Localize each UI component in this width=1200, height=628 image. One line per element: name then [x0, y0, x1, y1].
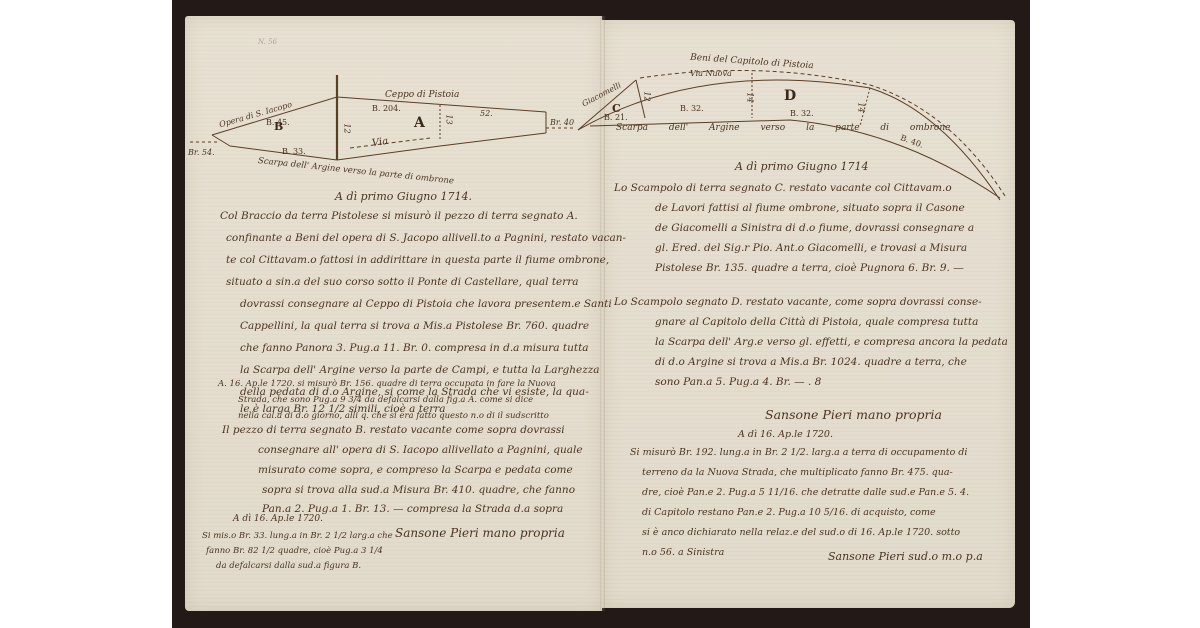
map-label-d12-right: 12 [643, 91, 652, 101]
text-line: dre, cioè Pan.e 2. Pug.a 5 11/16. che de… [642, 486, 969, 499]
map-label-scarpa-right: Scarpa dell' Argine verso la parte di om… [616, 123, 950, 133]
text-line: de Giacomelli a Sinistra di d.o fiume, d… [655, 222, 974, 235]
text-line: gl. Ered. del Sig.r Pio. Ant.o Giacomell… [655, 242, 967, 255]
text-line: nella cal.a di d.o giorno, alli q. che s… [238, 410, 549, 423]
text-line: di Capitolo restano Pan.e 2. Pug.a 10 5/… [642, 506, 936, 519]
text-line: si è anco dichiarato nella relaz.e del s… [642, 526, 960, 539]
left-date-heading: A dì primo Giugno 1714. [335, 190, 472, 203]
map-label-br54: Br. 54. [188, 148, 215, 157]
map-piece-d: D [784, 88, 796, 104]
text-line: la Scarpa dell' Arg.e verso gl. effetti,… [655, 336, 1008, 349]
note-date: A dì 16. Ap.le 1720. [233, 513, 323, 526]
map-label-b52: 52. [480, 109, 493, 118]
text-line: te col Cittavam.o fattosi in addirittare… [226, 254, 609, 267]
text-line: la Scarpa dell' Argine verso la parte de… [240, 364, 600, 377]
text-line: terreno da la Nuova Strada, che multipli… [642, 466, 953, 479]
signature-left: Sansone Pieri mano propria [395, 527, 565, 540]
map-label-b33: B. 33. [282, 147, 306, 156]
map-label-d13: 13 [445, 114, 454, 124]
text-line: Cappellini, la qual terra si trova a Mis… [240, 320, 589, 333]
corner-mark: N. 56 [258, 38, 277, 46]
text-line: n.o 56. a Sinistra [642, 546, 724, 559]
text-line: sopra si trova alla sud.a Misura Br. 410… [262, 484, 575, 497]
text-line: consegnare all' opera di S. Iacopo alliv… [258, 444, 583, 457]
text-line: misurato come sopra, e compreso la Scarp… [258, 464, 573, 477]
text-line: confinante a Beni del opera di S. Jacopo… [226, 232, 626, 245]
map-piece-a: A [414, 115, 425, 131]
signature-right-1: Sansone Pieri mano propria [765, 408, 942, 421]
text-line: Col Braccio da terra Pistolese si misurò… [220, 210, 578, 223]
right-note-date: A dì 16. Ap.le 1720. [738, 428, 833, 441]
right-date-heading: A dì primo Giugno 1714 [735, 160, 869, 173]
text-line: Il pezzo di terra segnato B. restato vac… [222, 424, 565, 437]
map-label-b21: B. 21. [604, 113, 628, 122]
text-line: Si misurò Br. 192. lung.a in Br. 2 1/2. … [630, 446, 967, 459]
map-label-via-nuova: Via Nuova [690, 69, 732, 78]
map-label-d12: 12 [343, 123, 352, 133]
map-label-via: Via [371, 136, 389, 149]
text-line: che fanno Panora 3. Pug.a 11. Br. 0. com… [240, 342, 589, 355]
text-line: de Lavori fattisi al fiume ombrone, situ… [655, 202, 965, 215]
text-line: dovrassi consegnare al Ceppo di Pistoia … [240, 298, 612, 311]
text-line: di d.o Argine si trova a Mis.a Br. 1024.… [655, 356, 967, 369]
text-line: situato a sin.a del suo corso sotto il P… [226, 276, 579, 289]
signature-right-2: Sansone Pieri sud.o m.o p.a [828, 550, 983, 563]
map-label-br40: Br. 40 [550, 118, 574, 127]
text-line: fanno Br. 82 1/2 quadre, cioè Pug.a 3 1/… [206, 545, 383, 558]
map-label-b204: B. 204. [372, 104, 401, 113]
text-line: Lo Scampolo segnato D. restato vacante, … [614, 296, 982, 309]
map-label-d14b: 14 [857, 102, 866, 112]
map-label-ceppo: Ceppo di Pistoia [385, 90, 459, 100]
map-label-d14: 14 [746, 92, 755, 102]
text-line: A. 16. Ap.le 1720. si misurò Br. 156. qu… [218, 378, 556, 391]
text-line: gnare al Capitolo della Città di Pistoia… [655, 316, 978, 329]
text-line: Strada, che sono Pug.a 9 3/4 da defalcar… [238, 394, 533, 407]
map-piece-b: B [274, 120, 283, 133]
text-line: Si mis.o Br. 33. lung.a in Br. 2 1/2 lar… [202, 530, 393, 543]
text-line: sono Pan.a 5. Pug.a 4. Br. — . 8 [655, 376, 821, 389]
text-line: da defalcarsi dalla sud.a figura B. [216, 560, 361, 573]
text-line: Lo Scampolo di terra segnato C. restato … [614, 182, 952, 195]
text-line: Pistolese Br. 135. quadre a terra, cioè … [655, 262, 964, 275]
map-label-b32b: B. 32. [790, 109, 814, 118]
map-label-b32a: B. 32. [680, 104, 704, 113]
